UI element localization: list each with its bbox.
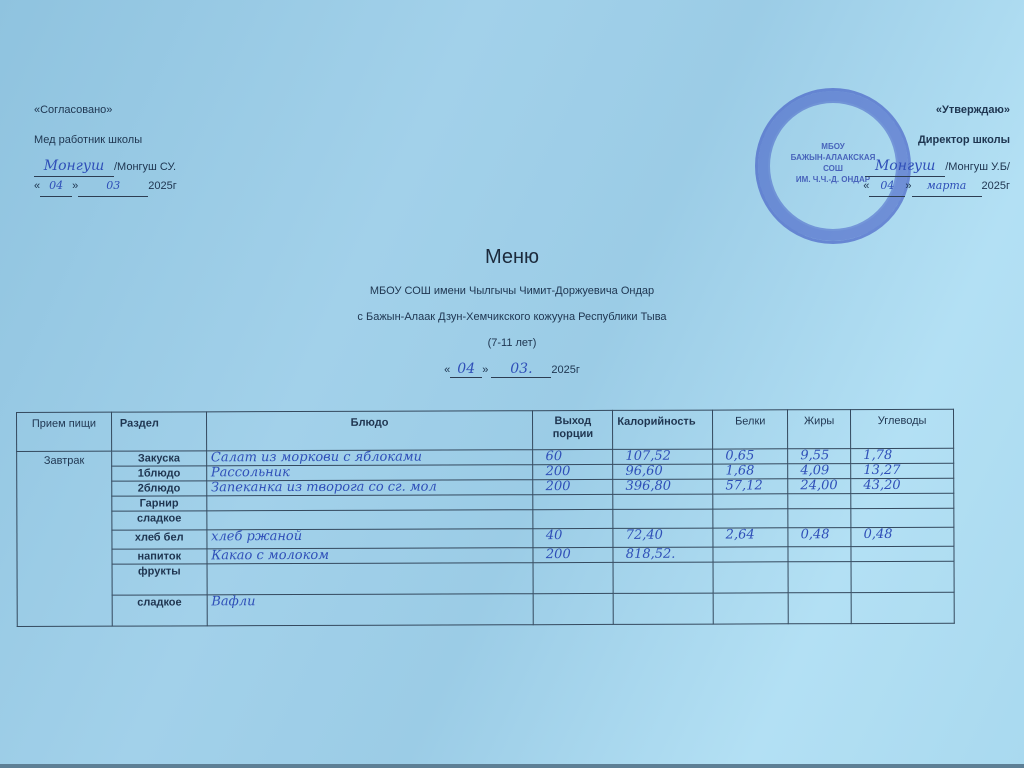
carbs-cell [851, 561, 954, 592]
approval-right: «Утверждаю» Директор школы Монгуш/Монгуш… [790, 100, 1010, 196]
section-cell: сладкое [112, 595, 207, 626]
fat-cell [788, 547, 851, 562]
calories-cell: 396,80 [613, 479, 713, 494]
portion-cell: 200 [533, 464, 613, 479]
dish-cell: хлеб ржаной [207, 529, 534, 549]
approval-right-name: /Монгуш У.Б/ [945, 161, 1010, 173]
carbs-cell: 13,27 [851, 463, 954, 478]
meal-cell: Завтрак [17, 451, 112, 626]
column-header: Прием пищи [17, 412, 112, 451]
portion-cell: 40 [533, 528, 613, 547]
carbs-cell: 1,78 [851, 448, 954, 463]
carbs-cell [851, 508, 954, 527]
school-name: МБОУ СОШ имени Чылгычы Чимит-Доржуевича … [0, 285, 1024, 297]
portion-cell [533, 562, 613, 593]
table-header-row: Прием пищи Раздел Блюдо Выход порции Кал… [17, 409, 954, 451]
dish-cell [206, 495, 533, 511]
dish-cell [207, 510, 534, 530]
column-header: Жиры [788, 410, 851, 449]
approval-left: «Согласовано» Мед работник школы Монгуш/… [34, 100, 274, 196]
dish-cell: Какао с молоком [207, 548, 534, 564]
approval-left-day: 04 [40, 176, 72, 197]
calories-cell [613, 509, 713, 528]
portion-cell: 200 [533, 547, 613, 562]
section-cell: фрукты [112, 564, 207, 595]
portion-cell [534, 593, 614, 624]
approval-right-year: 2025г [982, 180, 1010, 192]
calories-cell: 107,52 [613, 449, 713, 464]
calories-cell [613, 593, 713, 624]
menu-table: Прием пищи Раздел Блюдо Выход порции Кал… [16, 409, 955, 627]
approval-right-signature: Монгуш [865, 156, 945, 177]
approval-left-year: 2025г [148, 180, 176, 192]
fat-cell: 0,48 [788, 528, 851, 547]
document-header: Меню МБОУ СОШ имени Чылгычы Чимит-Доржуе… [0, 246, 1024, 378]
carbs-cell [851, 592, 954, 623]
fat-cell: 9,55 [788, 449, 851, 464]
menu-year: 2025г [551, 364, 579, 376]
column-header: Блюдо [206, 411, 533, 451]
column-header: Раздел [111, 412, 206, 451]
fat-cell: 4,09 [788, 464, 851, 479]
approval-right-heading: «Утверждаю» [790, 100, 1010, 120]
fat-cell [788, 562, 851, 593]
approval-left-month: 03 [78, 176, 148, 197]
dish-cell [207, 563, 534, 595]
section-cell: хлеб бел [112, 530, 207, 549]
menu-month: 03. [491, 361, 551, 378]
protein-cell [713, 593, 788, 624]
dish-cell: Запеканка из творога со сг. мол [206, 480, 533, 496]
column-header: Калорийность [613, 410, 713, 449]
approval-right-month: марта [912, 176, 982, 197]
table-row: фрукты [17, 561, 954, 595]
protein-cell: 57,12 [713, 479, 788, 494]
date-quote-close: » [482, 364, 488, 376]
portion-cell: 200 [533, 479, 613, 494]
approval-left-name: /Монгуш СУ. [114, 161, 176, 173]
protein-cell [713, 547, 788, 562]
section-cell: 1блюдо [112, 466, 207, 481]
carbs-cell [851, 493, 954, 508]
approval-right-day: 04 [869, 176, 905, 197]
protein-cell [713, 562, 788, 593]
protein-cell [713, 494, 788, 509]
column-header: Белки [713, 410, 788, 449]
portion-cell [533, 509, 613, 528]
column-header: Углеводы [851, 409, 954, 448]
calories-cell: 72,40 [613, 528, 713, 547]
fat-cell: 24,00 [788, 479, 851, 494]
portion-cell: 60 [533, 449, 613, 464]
dish-cell: Вафли [207, 594, 534, 626]
calories-cell [613, 494, 713, 509]
table-row: сладкоеВафли [17, 592, 954, 626]
section-cell: напиток [112, 549, 207, 564]
protein-cell: 1,68 [713, 464, 788, 479]
section-cell: 2блюдо [112, 481, 207, 496]
protein-cell: 2,64 [713, 528, 788, 547]
protein-cell: 0,65 [713, 449, 788, 464]
section-cell: сладкое [112, 511, 207, 530]
age-group: (7-11 лет) [0, 337, 1024, 349]
approval-left-heading: «Согласовано» [34, 100, 274, 120]
calories-cell: 818,52. [613, 547, 713, 562]
dish-cell: Салат из моркови с яблоками [206, 450, 533, 466]
menu-day: 04 [450, 361, 482, 378]
paper-edge [0, 764, 1024, 768]
fat-cell [788, 494, 851, 509]
carbs-cell [851, 546, 954, 561]
carbs-cell: 43,20 [851, 478, 954, 493]
dish-cell: Рассольник [206, 465, 533, 481]
portion-cell [533, 494, 613, 509]
school-location: с Бажын-Алаак Дзун-Хемчикского кожууна Р… [0, 311, 1024, 323]
carbs-cell: 0,48 [851, 527, 954, 546]
approval-right-position: Директор школы [790, 130, 1010, 150]
fat-cell [788, 593, 851, 624]
column-header: Выход порции [533, 410, 613, 449]
fat-cell [788, 509, 851, 528]
protein-cell [713, 509, 788, 528]
approval-left-signature: Монгуш [34, 156, 114, 177]
section-cell: Гарнир [112, 496, 207, 511]
section-cell: Закуска [111, 451, 206, 466]
page-title: Меню [0, 246, 1024, 269]
calories-cell [613, 562, 713, 593]
calories-cell: 96,60 [613, 464, 713, 479]
approval-left-position: Мед работник школы [34, 130, 274, 150]
